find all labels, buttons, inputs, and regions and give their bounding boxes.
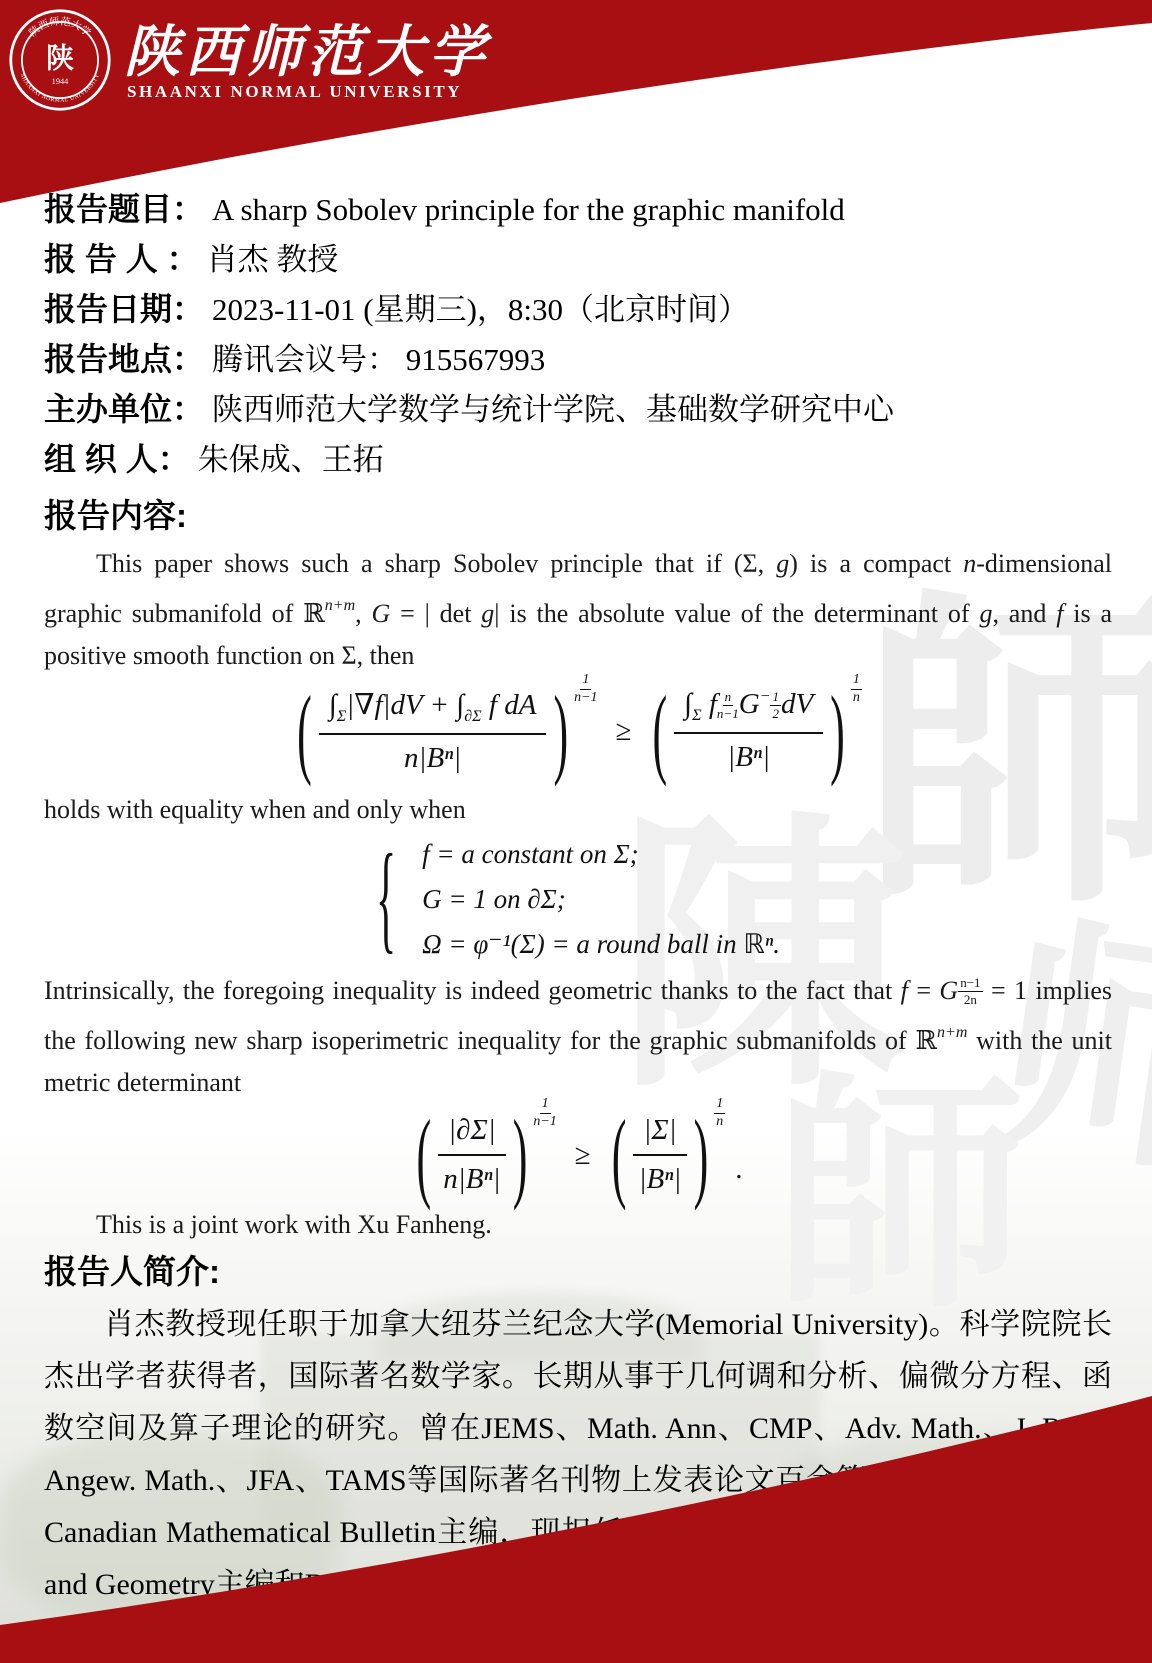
fraction-denominator: |Bⁿ| (639, 1156, 682, 1196)
poster-content: 报告题目： A sharp Sobolev principle for the … (44, 184, 1112, 1611)
seal-center-character: 陕 (46, 41, 74, 74)
left-paren: ( (297, 672, 312, 789)
abstract-paragraph-2: Intrinsically, the foregoing inequality … (44, 970, 1112, 1104)
formula-period: . (735, 1153, 742, 1186)
left-paren: ( (417, 1096, 432, 1213)
exponent: 1 n (714, 1097, 725, 1129)
info-row-organizer: 组 织 人： 朱保成、王拓 (44, 434, 1112, 484)
header-banner: 陕西师范大学 SHAANXI NORMAL UNIVERSITY 陕 1944 … (0, 0, 1152, 215)
info-label: 报 告 人 ： (44, 234, 199, 280)
fraction-numerator: |∂Σ| (438, 1114, 506, 1156)
info-value: 腾讯会议号： 915567993 (204, 334, 545, 379)
bio-section-title: 报告人简介: (44, 1246, 1112, 1293)
info-row-speaker: 报 告 人 ： 肖杰 教授 (44, 234, 1112, 284)
case-line-2: G = 1 on ∂Σ; (422, 884, 780, 915)
seal-year: 1944 (52, 77, 70, 86)
info-value: 肖杰 教授 (199, 234, 339, 279)
fraction: ∫Σ fnn−1G−12dV |Bⁿ| (674, 688, 823, 774)
left-paren: ( (652, 672, 667, 789)
fraction-denominator: |Bⁿ| (727, 734, 770, 774)
info-row-venue: 报告地点： 腾讯会议号： 915567993 (44, 334, 1112, 384)
abstract-section-title: 报告内容: (44, 490, 1112, 537)
fraction-numerator: |Σ| (633, 1114, 686, 1156)
right-paren: ) (694, 1096, 709, 1213)
greater-equal-sign: ≥ (616, 715, 632, 748)
poster-page: 師 陳 师 師 陕西师范大学 SHAANXI NORMAL UNIVERSITY (0, 0, 1152, 1663)
university-name-cn: 陕西师范大学 (124, 8, 490, 88)
sobolev-inequality-formula: ( ∫Σ|∇f|dV + ∫∂Σ f dA n|Bⁿ| ) 1 n−1 ≥ ( … (44, 687, 1112, 775)
info-label: 主办单位： (44, 384, 204, 430)
info-value: 朱保成、王拓 (190, 434, 384, 479)
fraction: |Σ| |Bⁿ| (633, 1114, 686, 1196)
info-label: 组 织 人： (44, 434, 190, 480)
fraction-numerator: ∫Σ fnn−1G−12dV (674, 688, 823, 734)
info-row-date: 报告日期： 2023-11-01 (星期三)，8:30（北京时间） (44, 284, 1112, 334)
fraction: ∫Σ|∇f|dV + ∫∂Σ f dA n|Bⁿ| (319, 687, 547, 775)
abstract-paragraph-1: This paper shows such a sharp Sobolev pr… (44, 543, 1112, 677)
cases-brace: { (376, 830, 396, 969)
speaker-bio: 肖杰教授现任职于加拿大纽芬兰纪念大学(Memorial University)。… (44, 1299, 1112, 1611)
university-name-en: SHAANXI NORMAL UNIVERSITY (127, 82, 462, 102)
info-label: 报告地点： (44, 334, 204, 380)
exponent: 1 n−1 (574, 673, 597, 705)
university-seal: 陕西师范大学 SHAANXI NORMAL UNIVERSITY 陕 1944 (8, 8, 112, 112)
info-row-host: 主办单位： 陕西师范大学数学与统计学院、基础数学研究中心 (44, 384, 1112, 434)
fraction: |∂Σ| n|Bⁿ| (438, 1114, 506, 1196)
equality-cases: { f = a constant on Σ; G = 1 on ∂Σ; Ω = … (44, 839, 1112, 960)
right-paren: ) (830, 672, 845, 789)
greater-equal-sign: ≥ (575, 1139, 591, 1172)
exponent: 1 n−1 (533, 1097, 556, 1129)
exponent: 1 n (851, 673, 862, 705)
info-value: 2023-11-01 (星期三)，8:30（北京时间） (204, 284, 749, 329)
right-paren: ) (553, 672, 568, 789)
equality-condition-line: holds with equality when and only when (44, 789, 1112, 831)
case-line-1: f = a constant on Σ; (422, 839, 780, 870)
left-paren: ( (612, 1096, 627, 1213)
fraction-denominator: n|Bⁿ| (443, 1156, 500, 1196)
info-label: 报告日期： (44, 284, 204, 330)
right-paren: ) (513, 1096, 528, 1213)
fraction-numerator: ∫Σ|∇f|dV + ∫∂Σ f dA (319, 687, 547, 735)
info-value: 陕西师范大学数学与统计学院、基础数学研究中心 (204, 384, 894, 429)
case-line-3: Ω = φ⁻¹(Σ) = a round ball in ℝⁿ. (422, 929, 780, 960)
joint-work-line: This is a joint work with Xu Fanheng. (44, 1210, 1112, 1240)
fraction-denominator: n|Bⁿ| (404, 735, 461, 775)
isoperimetric-inequality-formula: ( |∂Σ| n|Bⁿ| ) 1 n−1 ≥ ( |Σ| |Bⁿ| ) 1 n … (44, 1114, 1112, 1196)
